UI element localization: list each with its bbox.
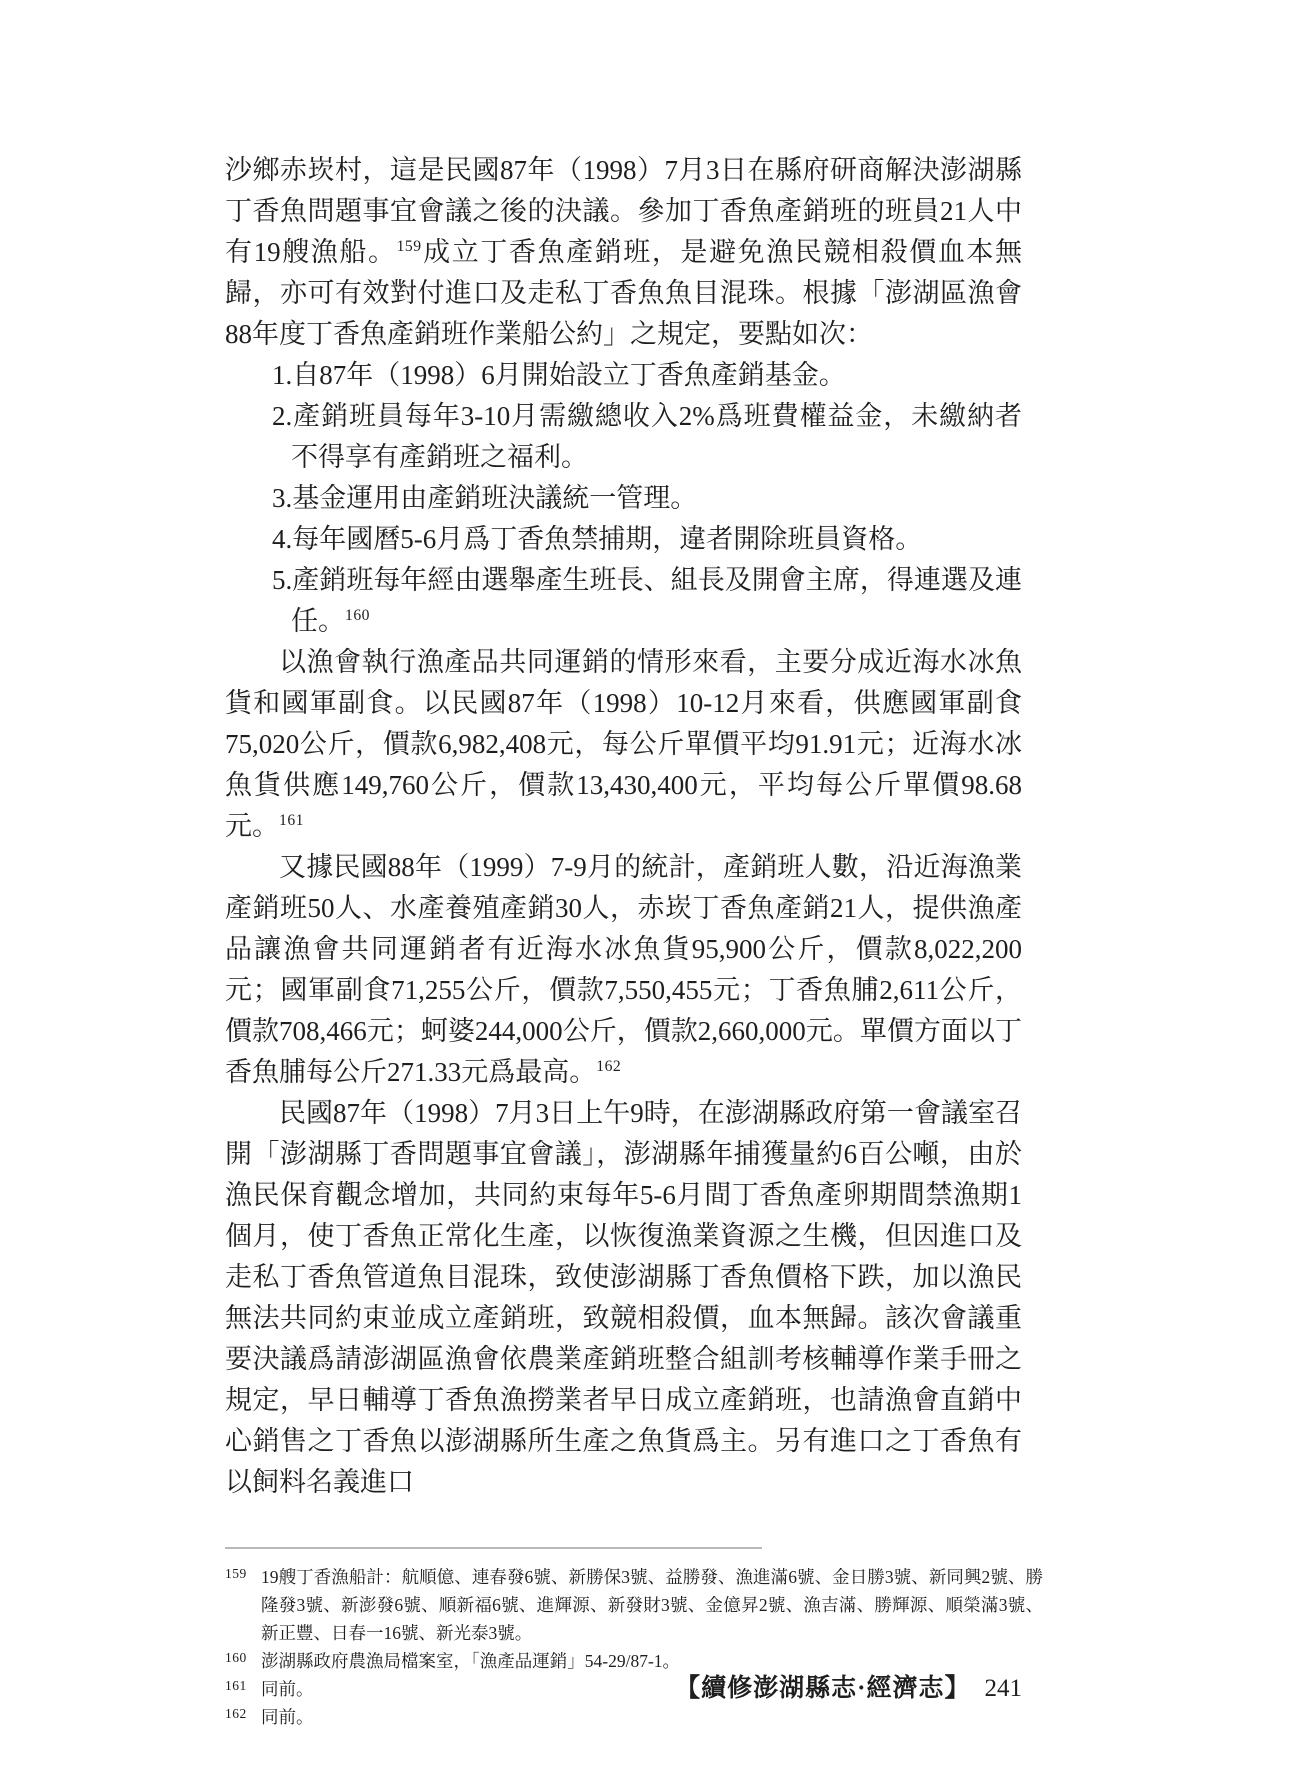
list-item-5-text: 5.產銷班每年經由選舉產生班長、組長及開會主席，得連選及連任。: [272, 565, 1022, 636]
paragraph-1: 沙鄉赤崁村，這是民國87年（1998）7月3日在縣府研商解決澎湖縣丁香魚問題事宜…: [225, 150, 1022, 355]
page-number: 241: [985, 1675, 1023, 1702]
paragraph-2-text: 以漁會執行漁產品共同運銷的情形來看，主要分成近海水冰魚貨和國軍副食。以民國87年…: [225, 647, 1022, 841]
footnote-ref-159: 159: [397, 238, 422, 255]
footnote-ref-160: 160: [345, 607, 370, 624]
footnote-162-number: 162: [225, 1700, 247, 1728]
book-title: 【續修澎湖縣志·經濟志】: [675, 1675, 970, 1702]
footnote-ref-162: 162: [596, 1058, 621, 1075]
list-item-2: 2.產銷班員每年3-10月需繳總收入2%爲班費權益金，未繳納者不得享有產銷班之福…: [272, 396, 1022, 478]
footnote-162-text: 同前。: [261, 1707, 314, 1727]
paragraph-2: 以漁會執行漁產品共同運銷的情形來看，主要分成近海水冰魚貨和國軍副食。以民國87年…: [225, 642, 1022, 847]
page-footer: 【續修澎湖縣志·經濟志】241: [225, 1668, 1022, 1704]
bylaws-list: 1.自87年（1998）6月開始設立丁香魚產銷基金。 2.產銷班員每年3-10月…: [272, 355, 1022, 642]
list-item-1: 1.自87年（1998）6月開始設立丁香魚產銷基金。: [272, 355, 1022, 396]
list-item-3: 3.基金運用由產銷班決議統一管理。: [272, 478, 1022, 519]
paragraph-4: 民國87年（1998）7月3日上午9時，在澎湖縣政府第一會議室召開「澎湖縣丁香問…: [225, 1093, 1022, 1503]
footnote-ref-161: 161: [279, 812, 304, 829]
list-item-4: 4.每年國曆5-6月爲丁香魚禁捕期，違者開除班員資格。: [272, 519, 1022, 560]
footnote-159-text: 19艘丁香漁船計：航順億、連春發6號、新勝保3號、益勝發、漁進滿6號、金日勝3號…: [261, 1567, 1043, 1643]
document-page: 沙鄉赤崁村，這是民國87年（1998）7月3日在縣府研商解決澎湖縣丁香魚問題事宜…: [0, 0, 1300, 1779]
footnote-159-number: 159: [225, 1560, 247, 1588]
list-item-5: 5.產銷班每年經由選舉產生班長、組長及開會主席，得連選及連任。160: [272, 560, 1022, 642]
footnotes-section: 15919艘丁香漁船計：航順億、連春發6號、新勝保3號、益勝發、漁進滿6號、金日…: [225, 1563, 1043, 1731]
footnote-162: 162同前。: [225, 1703, 1043, 1731]
paragraph-3: 又據民國88年（1999）7-9月的統計，產銷班人數，沿近海漁業產銷班50人、水…: [225, 847, 1022, 1093]
footnote-159: 15919艘丁香漁船計：航順億、連春發6號、新勝保3號、益勝發、漁進滿6號、金日…: [225, 1563, 1043, 1647]
text-column: 沙鄉赤崁村，這是民國87年（1998）7月3日在縣府研商解決澎湖縣丁香魚問題事宜…: [225, 150, 1022, 1731]
footnote-separator: [225, 1547, 762, 1549]
paragraph-3-text: 又據民國88年（1999）7-9月的統計，產銷班人數，沿近海漁業產銷班50人、水…: [225, 852, 1022, 1087]
body-text: 沙鄉赤崁村，這是民國87年（1998）7月3日在縣府研商解決澎湖縣丁香魚問題事宜…: [225, 150, 1022, 1503]
